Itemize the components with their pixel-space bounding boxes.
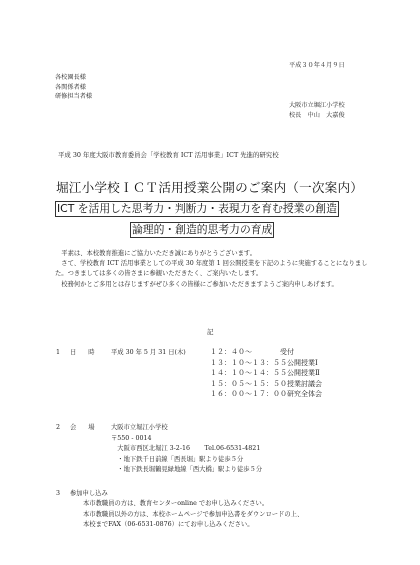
application-line: 本市教職員以外の方は、本校ホームページで参加申込書をダウンロードの上、	[83, 510, 303, 521]
venue-line: ・地下鉄長堀鶴見緑地線「西大橋」駅より徒歩５分	[111, 465, 262, 476]
section-number: 1	[56, 348, 60, 358]
document-date: 平成３０年４月９日	[289, 62, 345, 70]
venue-line: 大阪市西区北堀江 3-2-16 Tel.06-6531-4821	[111, 444, 262, 455]
schedule: １２：４０～ 受付 １３：１０～１３：５５公開授業Ⅰ １４：１０～１４：５５公開…	[210, 347, 322, 400]
theme-box: ICT を活用した思考力・判断力・表現力を育む授業の創造	[55, 201, 339, 217]
document-title: 堀江小学校ＩＣＴ活用授業公開のご案内（一次案内）	[56, 177, 363, 196]
section-label: 会 場	[70, 423, 100, 433]
venue-line: 大阪市立堀江小学校	[111, 423, 262, 434]
body-paragraph: さて、学校教育 ICT 活用事業としての平成 30 年度第 1 回公開授業を下記…	[55, 259, 375, 279]
ki-heading: 記	[207, 327, 214, 336]
schedule-time: １５：０５～１５：５０	[210, 379, 287, 390]
event-date: 平成 30 年 5 月 31 日(木)	[111, 348, 186, 358]
schedule-time: １２：４０～	[210, 347, 252, 358]
venue-line: 〒550 - 0014	[111, 434, 262, 445]
schedule-row: １５：０５～１５：５０授業討議会	[210, 379, 322, 390]
schedule-row: １２：４０～ 受付	[210, 347, 322, 358]
body-paragraph: 平素は、本校教育推進にご協力いただき誠にありがとうございます。	[55, 249, 375, 259]
recipients: 各校園長様 各関係者様 研修担当者様	[55, 74, 92, 103]
venue-line: ・地下鉄千日前線「西長堀」駅より徒歩５分	[111, 455, 262, 466]
sender: 大阪市立堀江小学校 校長 中山 大嘉俊	[289, 102, 345, 122]
schedule-event: 受付	[252, 347, 294, 358]
recipient: 研修担当者様	[55, 93, 92, 103]
section-number: 3	[56, 489, 60, 499]
schedule-event: 研究全体会	[287, 389, 322, 400]
venue: 大阪市立堀江小学校 〒550 - 0014 大阪市西区北堀江 3-2-16 Te…	[111, 423, 262, 476]
application-line: 本市教職員の方は、教育センターonline でお申し込みください。	[83, 499, 303, 510]
document-subtitle: 平成 30 年度大阪市教育委員会「学校教育 ICT 活用事業」ICT 先進的研究…	[58, 150, 279, 159]
schedule-row: １３：１０～１３：５５公開授業Ⅰ	[210, 358, 322, 369]
sender-principal: 校長 中山 大嘉俊	[289, 112, 345, 122]
body-paragraph: 校務何かとご多用とは存じますがぜひ多くの皆様にご参加いただきますようご案内申しあ…	[55, 280, 375, 290]
schedule-event: 授業討議会	[287, 379, 322, 390]
schedule-time: １４：１０～１４：５５	[210, 368, 287, 379]
body-text: 平素は、本校教育推進にご協力いただき誠にありがとうございます。 さて、学校教育 …	[55, 249, 375, 290]
recipient: 各関係者様	[55, 84, 92, 94]
schedule-time: １６：００～１７：００	[210, 389, 287, 400]
application-line: 本校までFAX（06-6531-0876）にてお申し込みください。	[83, 520, 303, 531]
recipient: 各校園長様	[55, 74, 92, 84]
application-info: 本市教職員の方は、教育センターonline でお申し込みください。 本市教職員以…	[83, 499, 303, 531]
schedule-event: 公開授業Ⅱ	[287, 368, 320, 379]
schedule-row: １４：１０～１４：５５公開授業Ⅱ	[210, 368, 322, 379]
schedule-row: １６：００～１７：００研究全体会	[210, 389, 322, 400]
sender-school: 大阪市立堀江小学校	[289, 102, 345, 112]
section-label: 日 時	[70, 348, 100, 358]
section-number: 2	[56, 423, 60, 433]
schedule-event: 公開授業Ⅰ	[287, 358, 318, 369]
subtheme-box: 論理的・創造的思考力の育成	[130, 222, 274, 238]
section-label: 参加申し込み	[70, 489, 108, 499]
schedule-time: １３：１０～１３：５５	[210, 358, 287, 369]
